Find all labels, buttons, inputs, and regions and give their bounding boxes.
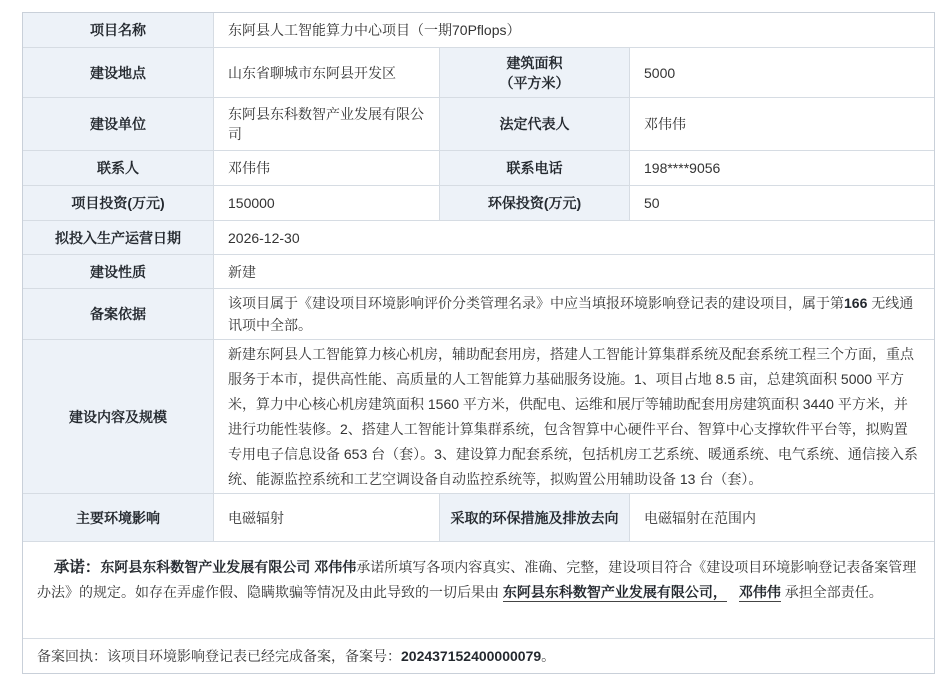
scope-label: 建设内容及规模 — [23, 340, 213, 493]
floor-area-label: 建筑面积 （平方米） — [439, 48, 629, 97]
phone-value: 198****9056 — [629, 151, 934, 185]
operation-date-label: 拟投入生产运营日期 — [23, 221, 213, 254]
commitment-person-underlined: 邓伟伟 — [739, 584, 781, 602]
row-project-name: 项目名称 东阿县人工智能算力中心项目（一期70Pflops） — [23, 13, 934, 47]
legal-rep-value: 邓伟伟 — [629, 98, 934, 150]
receipt-body: 该项目环境影响登记表已经完成备案，备案号： — [107, 648, 401, 664]
location-label: 建设地点 — [23, 48, 213, 97]
operation-date-value: 2026-12-30 — [213, 221, 934, 254]
contact-label: 联系人 — [23, 151, 213, 185]
commitment-committer: 东阿县东科数智产业发展有限公司 邓伟伟 — [100, 559, 356, 575]
row-env-impact: 主要环境影响 电磁辐射 采取的环保措施及排放去向 电磁辐射在范围内 — [23, 493, 934, 541]
row-commitment: 承诺：东阿县东科数智产业发展有限公司 邓伟伟承诺所填写各项内容真实、准确、完整，… — [23, 541, 934, 638]
receipt-number: 202437152400000079 — [401, 648, 541, 664]
row-filing-basis: 备案依据 该项目属于《建设项目环境影响评价分类管理名录》中应当填报环境影响登记表… — [23, 288, 934, 339]
row-receipt: 备案回执：该项目环境影响登记表已经完成备案，备案号：20243715240000… — [23, 638, 934, 673]
commitment-cell: 承诺：东阿县东科数智产业发展有限公司 邓伟伟承诺所填写各项内容真实、准确、完整，… — [23, 542, 934, 638]
legal-rep-label: 法定代表人 — [439, 98, 629, 150]
env-investment-label: 环保投资(万元) — [439, 186, 629, 220]
row-construction-nature: 建设性质 新建 — [23, 254, 934, 288]
row-contact-phone: 联系人 邓伟伟 联系电话 198****9056 — [23, 150, 934, 185]
receipt-label: 备案回执： — [37, 648, 107, 664]
row-location-area: 建设地点 山东省聊城市东阿县开发区 建筑面积 （平方米） 5000 — [23, 47, 934, 97]
phone-label: 联系电话 — [439, 151, 629, 185]
filing-basis-item-number: 166 — [844, 295, 867, 311]
filing-basis-label: 备案依据 — [23, 289, 213, 339]
location-value: 山东省聊城市东阿县开发区 — [213, 48, 439, 97]
commitment-label: 承诺： — [54, 559, 101, 576]
construction-nature-value: 新建 — [213, 255, 934, 288]
company-value: 东阿县东科数智产业发展有限公司 — [213, 98, 439, 150]
env-impact-label: 主要环境影响 — [23, 494, 213, 541]
construction-nature-label: 建设性质 — [23, 255, 213, 288]
investment-value: 150000 — [213, 186, 439, 220]
commitment-body2: 承担全部责任。 — [781, 584, 883, 600]
scope-value: 新建东阿县人工智能算力核心机房，辅助配套用房，搭建人工智能计算集群系统及配套系统… — [213, 340, 934, 493]
row-investment: 项目投资(万元) 150000 环保投资(万元) 50 — [23, 185, 934, 220]
project-name-value: 东阿县人工智能算力中心项目（一期70Pflops） — [213, 13, 934, 47]
floor-area-value: 5000 — [629, 48, 934, 97]
env-impact-value: 电磁辐射 — [213, 494, 439, 541]
env-investment-value: 50 — [629, 186, 934, 220]
receipt-text: 备案回执：该项目环境影响登记表已经完成备案，备案号：20243715240000… — [37, 646, 555, 666]
contact-value: 邓伟伟 — [213, 151, 439, 185]
receipt-suffix: 。 — [541, 648, 555, 664]
receipt-cell: 备案回执：该项目环境影响登记表已经完成备案，备案号：20243715240000… — [23, 639, 934, 673]
company-label: 建设单位 — [23, 98, 213, 150]
row-operation-date: 拟投入生产运营日期 2026-12-30 — [23, 220, 934, 254]
investment-label: 项目投资(万元) — [23, 186, 213, 220]
row-scope: 建设内容及规模 新建东阿县人工智能算力核心机房，辅助配套用房，搭建人工智能计算集… — [23, 339, 934, 493]
filing-basis-text-before: 该项目属于《建设项目环境影响评价分类管理名录》中应当填报环境影响登记表的建设项目… — [228, 295, 844, 311]
registration-form-table: 项目名称 东阿县人工智能算力中心项目（一期70Pflops） 建设地点 山东省聊… — [22, 12, 935, 674]
commitment-company-underlined: 东阿县东科数智产业发展有限公司， — [503, 584, 727, 602]
env-measures-label: 采取的环保措施及排放去向 — [439, 494, 629, 541]
filing-basis-value: 该项目属于《建设项目环境影响评价分类管理名录》中应当填报环境影响登记表的建设项目… — [213, 289, 934, 339]
env-measures-value: 电磁辐射在范围内 — [629, 494, 934, 541]
scope-text: 新建东阿县人工智能算力核心机房，辅助配套用房，搭建人工智能计算集群系统及配套系统… — [228, 342, 920, 492]
project-name-label: 项目名称 — [23, 13, 213, 47]
row-company-legalrep: 建设单位 东阿县东科数智产业发展有限公司 法定代表人 邓伟伟 — [23, 97, 934, 150]
commitment-paragraph: 承诺：东阿县东科数智产业发展有限公司 邓伟伟承诺所填写各项内容真实、准确、完整，… — [37, 555, 918, 604]
filing-basis-text: 该项目属于《建设项目环境影响评价分类管理名录》中应当填报环境影响登记表的建设项目… — [228, 292, 920, 336]
